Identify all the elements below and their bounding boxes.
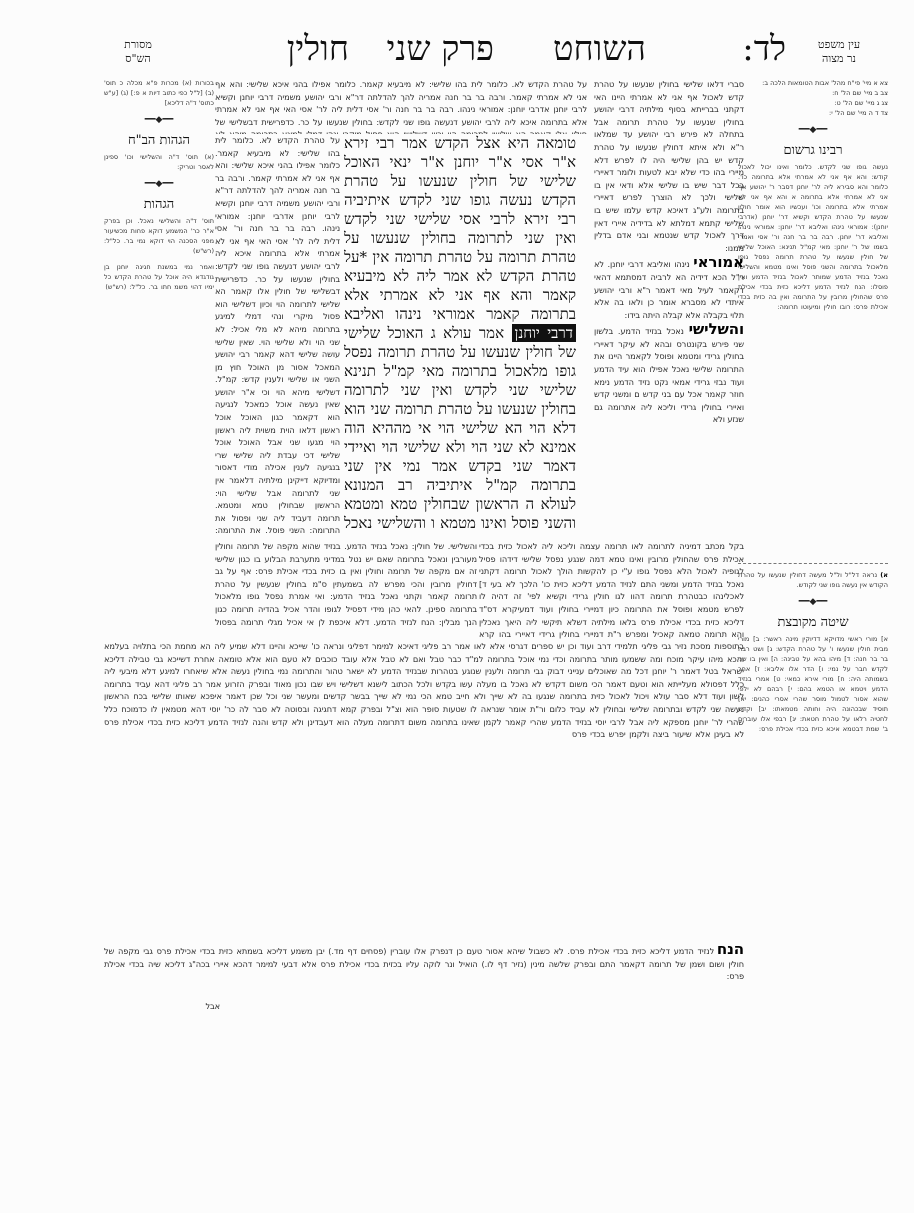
tosafot-catchword-text: אבל [205,1001,220,1011]
commentary-left-top-text: על טהרת הקדש לא. כלומר לית בהו שלישי: לא… [215,79,587,134]
footnote-rule [738,563,888,564]
ein-mishpat-label: עין משפט נר מצוה [794,38,884,66]
commentary-left-column-text: על טהרת הקדש לא. כלומר לית בהו שלישי: לא… [215,135,340,534]
ein-mishpat-item: צג ג מיי' שם הל' ט: [738,98,888,108]
masoret-item: בכורות (א) מכרות פ"א מכלה כ תוס' (ב) [ל"… [104,78,214,108]
hagahot-title: הגהות [104,196,214,214]
masoret-list: בכורות (א) מכרות פ"א מכלה כ תוס' (ב) [ל"… [104,78,214,108]
tosafot-catchword: אבל [160,1000,220,1014]
hagahot-text-1: תוס' ד"ה והשלישי נאכל. וכן בפרק א"ר כר' … [104,216,214,256]
right-margin: צא א מיי' פי"ח מהל' אבות הטומאות הלכה ב:… [738,78,888,978]
rashi-lower-left: והשלישי. של חולין: נאכל בנזיד הדמע. בנזי… [215,540,477,630]
rashi-lower-right-text: בקל מכתב דמיניה לתרומה לאו תרומה עצמה ול… [479,541,744,640]
gemara-text-block: טומאה היא אצל הקדש אמר רבי זירא א"ר אסי … [344,134,576,534]
footnote-marker: א) [880,571,888,579]
footnote: א) נראה דל"ל ול"ל מעשה דחולין שנעשו על ט… [738,570,888,590]
ornament-divider-icon: ━━◆━━ [104,114,214,126]
dibur-hamatchil-hashlishi: והשלישי [689,320,744,338]
ornament-divider-icon: ━━◆━━ [738,124,888,136]
rashi-lower-right: בקל מכתב דמיניה לתרומה לאו תרומה עצמה ול… [479,540,744,640]
masoret-label: מסורת הש"ס [108,38,168,66]
tosafot-bottom-text: בתוספות מסכת נזיר גבי פליגי תלמידי דרב ו… [104,641,744,739]
gemara-text-part2: אמר עולא ג האוכל שלישי של חולין שנעשו על… [344,324,576,534]
tractate-name: חולין [287,30,349,68]
ein-mishpat-item: צד ד ה מיי' שם הל' י: [738,108,888,118]
daf-number: לד: [742,30,786,68]
tosafot-hanach: הנח לנזיד הדמע דליכא כזית בכדי אכילת פרס… [104,943,744,1001]
tosafot-hanach-text: לנזיד הדמע דליכא כזית בכדי אכילת פרס. לא… [104,946,744,981]
hagahot-text-2: ואמר נמי במשנת חגיגה יוחנן בן גודגדא היה… [104,262,214,292]
rashi-lower-left-text: והשלישי. של חולין: נאכל בנזיד הדמע. בנזי… [215,541,477,630]
masoret-corner-title: מסורת הש"ס [108,38,168,66]
rabbeinu-gershom-text: נעשה גופו שני לקדש. כלומר ואינו יכול לאכ… [738,162,888,557]
footnote-text: נראה דל"ל ול"ל מעשה דחולין שנעשו על טהרת… [738,571,888,589]
perek-name: השוחט [553,30,646,68]
gemara-highlight[interactable]: דרבי יוחנן [512,324,577,342]
ornament-divider-icon: ━━◆━━ [738,596,888,608]
ein-mishpat-list: צא א מיי' פי"ח מהל' אבות הטומאות הלכה ב:… [738,78,888,118]
commentary-top-left: על טהרת הקדש לא. כלומר לית בהו שלישי: לא… [215,78,587,134]
rabbeinu-gershom-title: רבינו גרשום [738,142,888,160]
dibur-hamatchil-hanach: הנח [717,943,744,958]
commentary-left-column: על טהרת הקדש לא. כלומר לית בהו שלישי: לא… [215,134,340,534]
dibur-hamatchil-amorai: אמוראי [693,253,744,271]
left-margin: בכורות (א) מכרות פ"א מכלה כ תוס' (ב) [ל"… [104,78,214,378]
shita-mekubetzet-text: א] מורי ראשי מדויקא דדיוקין מינה ראשר: ב… [738,634,888,734]
gemara-text-part1: טומאה היא אצל הקדש אמר רבי זירא א"ר אסי … [344,134,576,323]
perek-number: פרק שני [386,30,494,68]
shita-mekubetzet-title: שיטה מקובצת [738,614,888,632]
ein-mishpat-corner-title: עין משפט נר מצוה [794,38,884,66]
hashlishi-text: נאכל בנזיד הדמע. בלשון שני פירש בקונטרס … [594,326,744,424]
hagahot-habach-text: (א) תוס' ד"ה והשלישי וכו' ספינן לאסר וטר… [104,152,214,172]
commentary-right-top: סברי דלאו שלישי בחולין שנעשו על טהרת קדש… [594,79,744,253]
commentary-right-column: סברי דלאו שלישי בחולין שנעשו על טהרת קדש… [594,78,744,533]
talmud-page: עין משפט נר מצוה לד: השוחט פרק שני חולין… [0,0,914,1213]
ein-mishpat-item: צב ב מיי' שם הל' ח: [738,88,888,98]
tosafot-bottom: בתוספות מסכת נזיר גבי פליגי תלמידי דרב ו… [104,640,744,940]
hagahot-habach-title: הגהות הב"ח [104,132,214,150]
ein-mishpat-item: צא א מיי' פי"ח מהל' אבות הטומאות הלכה ב: [738,78,888,88]
ornament-divider-icon: ━━◆━━ [104,178,214,190]
